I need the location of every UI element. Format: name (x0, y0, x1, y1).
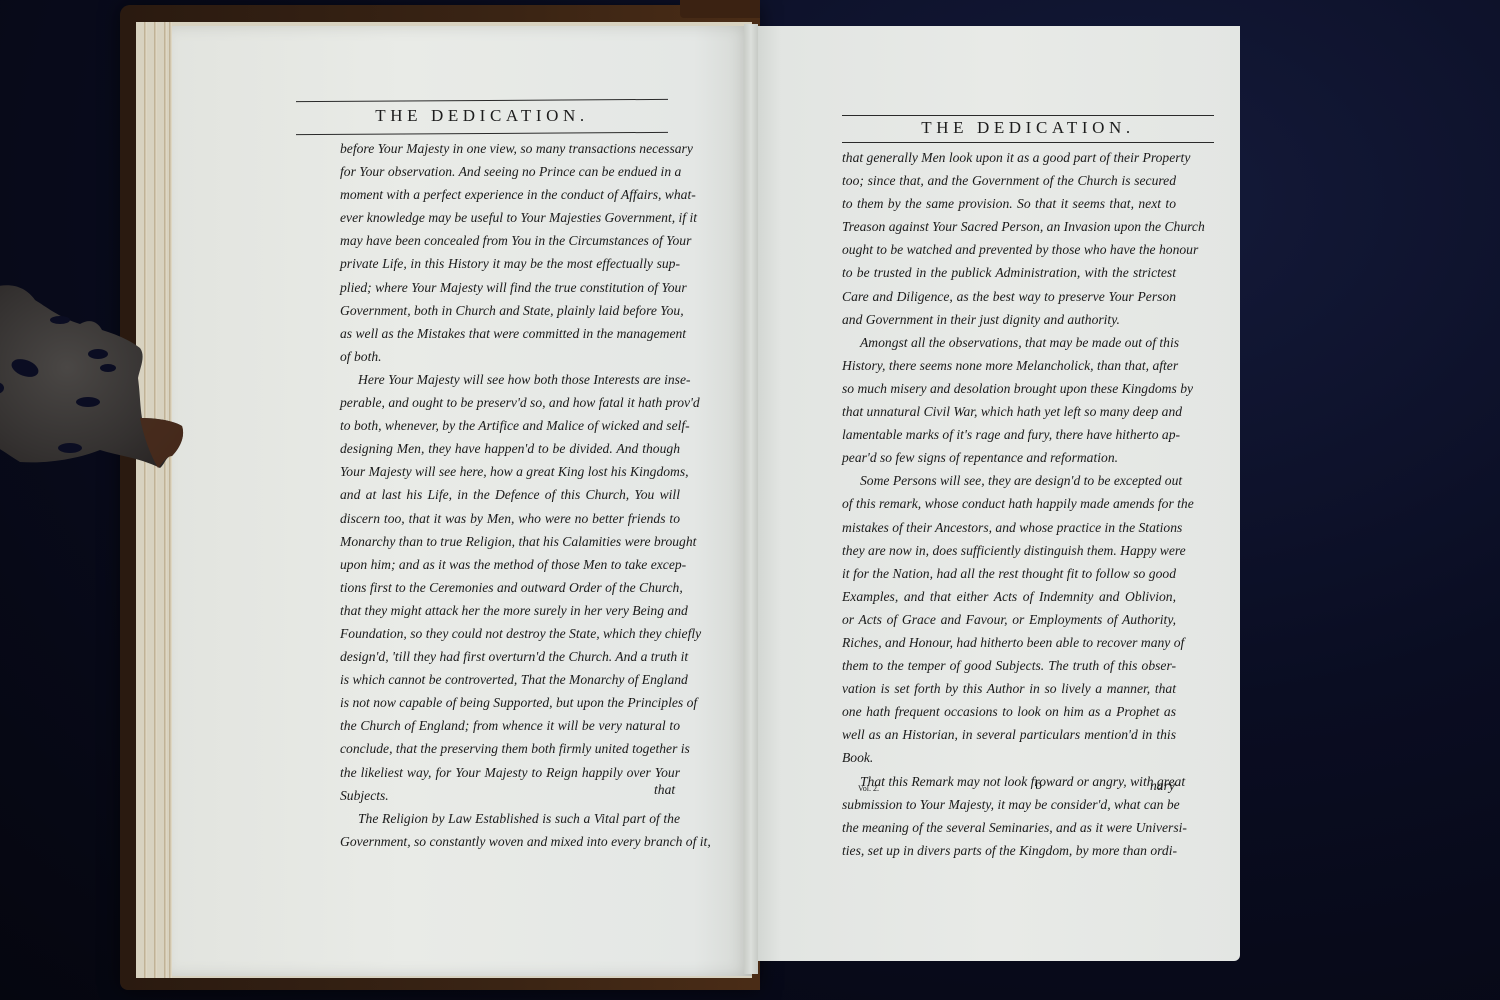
text-line: tions first to the Ceremonies and outwar… (340, 576, 680, 599)
text-line: Monarchy than to true Religion, that his… (340, 530, 680, 553)
right-page-body: that generally Men look upon it as a goo… (842, 146, 1176, 862)
catchword-right: nary (1150, 778, 1175, 794)
text-line: mistakes of their Ancestors, and whose p… (842, 516, 1176, 539)
text-line: Your Majesty will see here, how a great … (340, 460, 680, 483)
text-line: Here Your Majesty will see how both thos… (340, 368, 680, 391)
text-line: of both. (340, 345, 680, 368)
text-line: and Government in their just dignity and… (842, 308, 1176, 331)
text-line: to be trusted in the publick Administrat… (842, 261, 1176, 284)
text-line: plied; where Your Majesty will find the … (340, 276, 680, 299)
text-line: Examples, and that either Acts of Indemn… (842, 585, 1176, 608)
page-edge (154, 22, 157, 978)
text-line: Amongst all the observations, that may b… (842, 331, 1176, 354)
text-line: the likeliest way, for Your Majesty to R… (340, 761, 680, 784)
text-line: ever knowledge may be useful to Your Maj… (340, 206, 680, 229)
running-head-left: THE DEDICATION. (296, 106, 668, 126)
text-line: Subjects. (340, 784, 680, 807)
text-line: moment with a perfect experience in the … (340, 183, 680, 206)
text-line: it for the Nation, had all the rest thou… (842, 562, 1176, 585)
text-line: the meaning of the several Seminaries, a… (842, 816, 1176, 839)
text-line: Some Persons will see, they are design'd… (842, 469, 1176, 492)
text-line: ought to be watched and prevented by tho… (842, 238, 1176, 261)
text-line: one hath frequent occasions to look on h… (842, 700, 1176, 723)
text-line: is not now capable of being Supported, b… (340, 691, 680, 714)
text-line: designing Men, they have happen'd to be … (340, 437, 680, 460)
text-line: Government, both in Church and State, pl… (340, 299, 680, 322)
text-line: The Religion by Law Established is such … (340, 807, 680, 830)
text-line: History, there seems none more Melanchol… (842, 354, 1176, 377)
text-line: too; since that, and the Government of t… (842, 169, 1176, 192)
text-line: that they might attack her the more sure… (340, 599, 680, 622)
text-line: Care and Diligence, as the best way to p… (842, 285, 1176, 308)
text-line: vation is set forth by this Author in so… (842, 677, 1176, 700)
text-line: That this Remark may not look froward or… (842, 770, 1176, 793)
text-line: as well as the Mistakes that were commit… (340, 322, 680, 345)
header-rule-top-right (842, 115, 1214, 116)
page-edge (144, 22, 147, 978)
text-line: may have been concealed from You in the … (340, 229, 680, 252)
text-line: perable, and ought to be preserv'd so, a… (340, 391, 680, 414)
text-line: of this remark, whose conduct hath happi… (842, 492, 1176, 515)
page-edge (164, 22, 167, 978)
text-line: is which cannot be controverted, That th… (340, 668, 680, 691)
text-line: to both, whenever, by the Artifice and M… (340, 414, 680, 437)
book-cover-top-edge (680, 0, 760, 18)
text-line: upon him; and as it was the method of th… (340, 553, 680, 576)
volume-mark: Vol. 2. (858, 784, 879, 793)
text-line: or Acts of Grace and Favour, or Employme… (842, 608, 1176, 631)
text-line: discern too, that it was by Men, who wer… (340, 507, 680, 530)
text-line: to them by the same provision. So that i… (842, 192, 1176, 215)
text-line: the Church of England; from whence it wi… (340, 714, 680, 737)
text-line: they are now in, does sufficiently disti… (842, 539, 1176, 562)
text-line: that unnatural Civil War, which hath yet… (842, 400, 1176, 423)
text-line: Book. (842, 746, 1176, 769)
text-line: Treason against Your Sacred Person, an I… (842, 215, 1176, 238)
text-line: pear'd so few signs of repentance and re… (842, 446, 1176, 469)
text-line: them to the temper of good Subjects. The… (842, 654, 1176, 677)
text-line: so much misery and desolation brought up… (842, 377, 1176, 400)
text-line: ties, set up in divers parts of the King… (842, 839, 1176, 862)
signature-mark: b (1035, 778, 1042, 794)
text-line: and at last his Life, in the Defence of … (340, 483, 680, 506)
text-line: conclude, that the preserving them both … (340, 737, 680, 760)
header-rule-bottom-right (842, 142, 1214, 143)
running-head-right: THE DEDICATION. (842, 118, 1214, 138)
metal-clasp-icon (0, 278, 190, 468)
catchword-left: that (654, 782, 675, 798)
text-line: lamentable marks of it's rage and fury, … (842, 423, 1176, 446)
text-line: submission to Your Majesty, it may be co… (842, 793, 1176, 816)
book-gutter (744, 24, 758, 974)
text-line: before Your Majesty in one view, so many… (340, 137, 680, 160)
left-page-body: before Your Majesty in one view, so many… (340, 137, 680, 853)
text-line: Government, so constantly woven and mixe… (340, 830, 680, 853)
text-line: private Life, in this History it may be … (340, 252, 680, 275)
text-line: for Your observation. And seeing no Prin… (340, 160, 680, 183)
text-line: design'd, 'till they had first overturn'… (340, 645, 680, 668)
text-line: Riches, and Honour, had hitherto been ab… (842, 631, 1176, 654)
text-line: well as an Historian, in several particu… (842, 723, 1176, 746)
text-line: that generally Men look upon it as a goo… (842, 146, 1176, 169)
text-line: Foundation, so they could not destroy th… (340, 622, 680, 645)
